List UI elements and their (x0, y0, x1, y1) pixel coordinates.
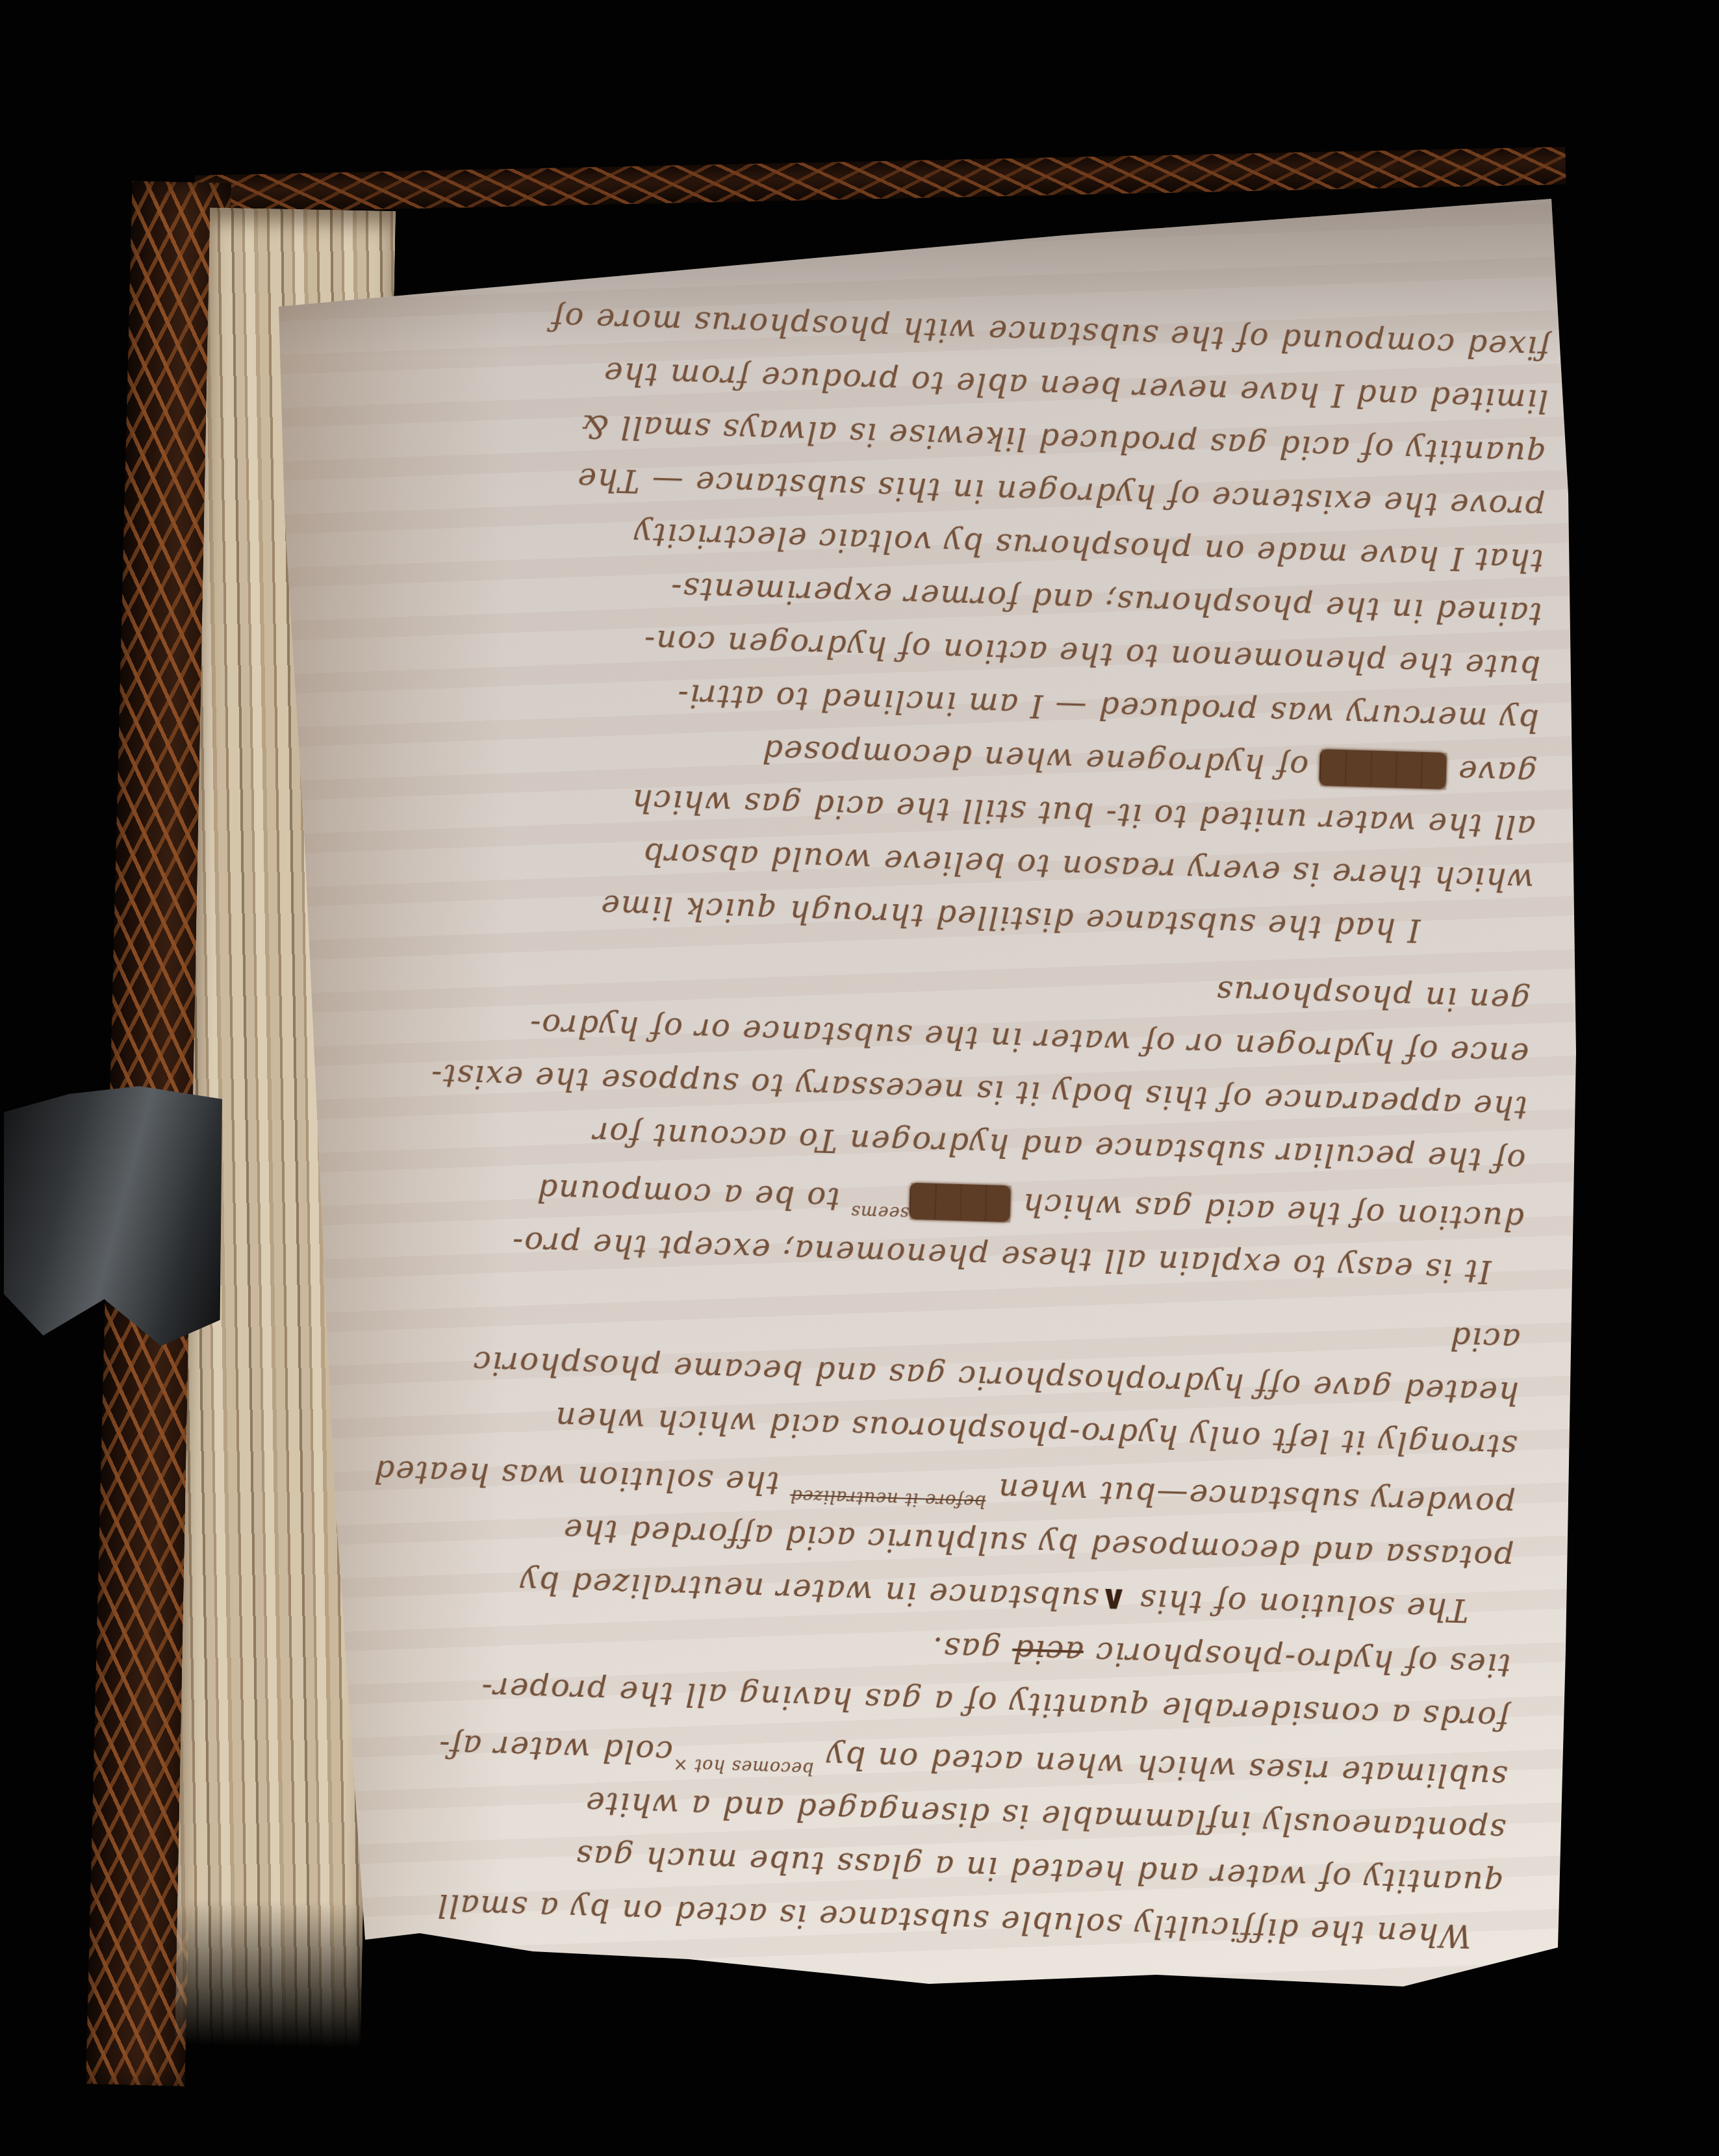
manuscript-word: substance in water neutralized by (518, 1564, 1099, 1617)
manuscript-word: duction of the acid gas which (1010, 1186, 1525, 1237)
manuscript-sup-strike: before it neutralized (790, 1485, 986, 1511)
manuscript-word: the solution was heated (373, 1452, 791, 1501)
manuscript-blot: █████ (1319, 749, 1447, 789)
manuscript-caret: ∧ (1098, 1580, 1128, 1621)
manuscript-word: to be a compound (536, 1172, 852, 1217)
manuscript-word: gen in phosphorus (1215, 974, 1531, 1019)
manuscript-word: The solution of this (1127, 1582, 1469, 1629)
manuscript-word: acid (1449, 1319, 1521, 1358)
manuscript-word: cold water af- (437, 1727, 673, 1771)
manuscript-blot: ████ (909, 1183, 1011, 1223)
leather-board-top-edge (195, 147, 1566, 213)
manuscript-sup: becomes hot × (672, 1754, 814, 1778)
manuscript-sup: seems (850, 1201, 910, 1223)
manuscript-word: of hydrogene when decomposed (761, 733, 1320, 785)
manuscript-word: powdery substance—but when (986, 1471, 1516, 1523)
manuscript-strike: acid (1012, 1632, 1084, 1671)
manuscript-word: gave (1445, 753, 1538, 792)
manuscript-text: When the difficultly soluble substance i… (326, 266, 1551, 1964)
manuscript-word: gas. (931, 1630, 1013, 1669)
manuscript-photo: When the difficultly soluble substance i… (0, 0, 1719, 2156)
manuscript-word: ties of hydro-phosphoric (1083, 1634, 1511, 1683)
